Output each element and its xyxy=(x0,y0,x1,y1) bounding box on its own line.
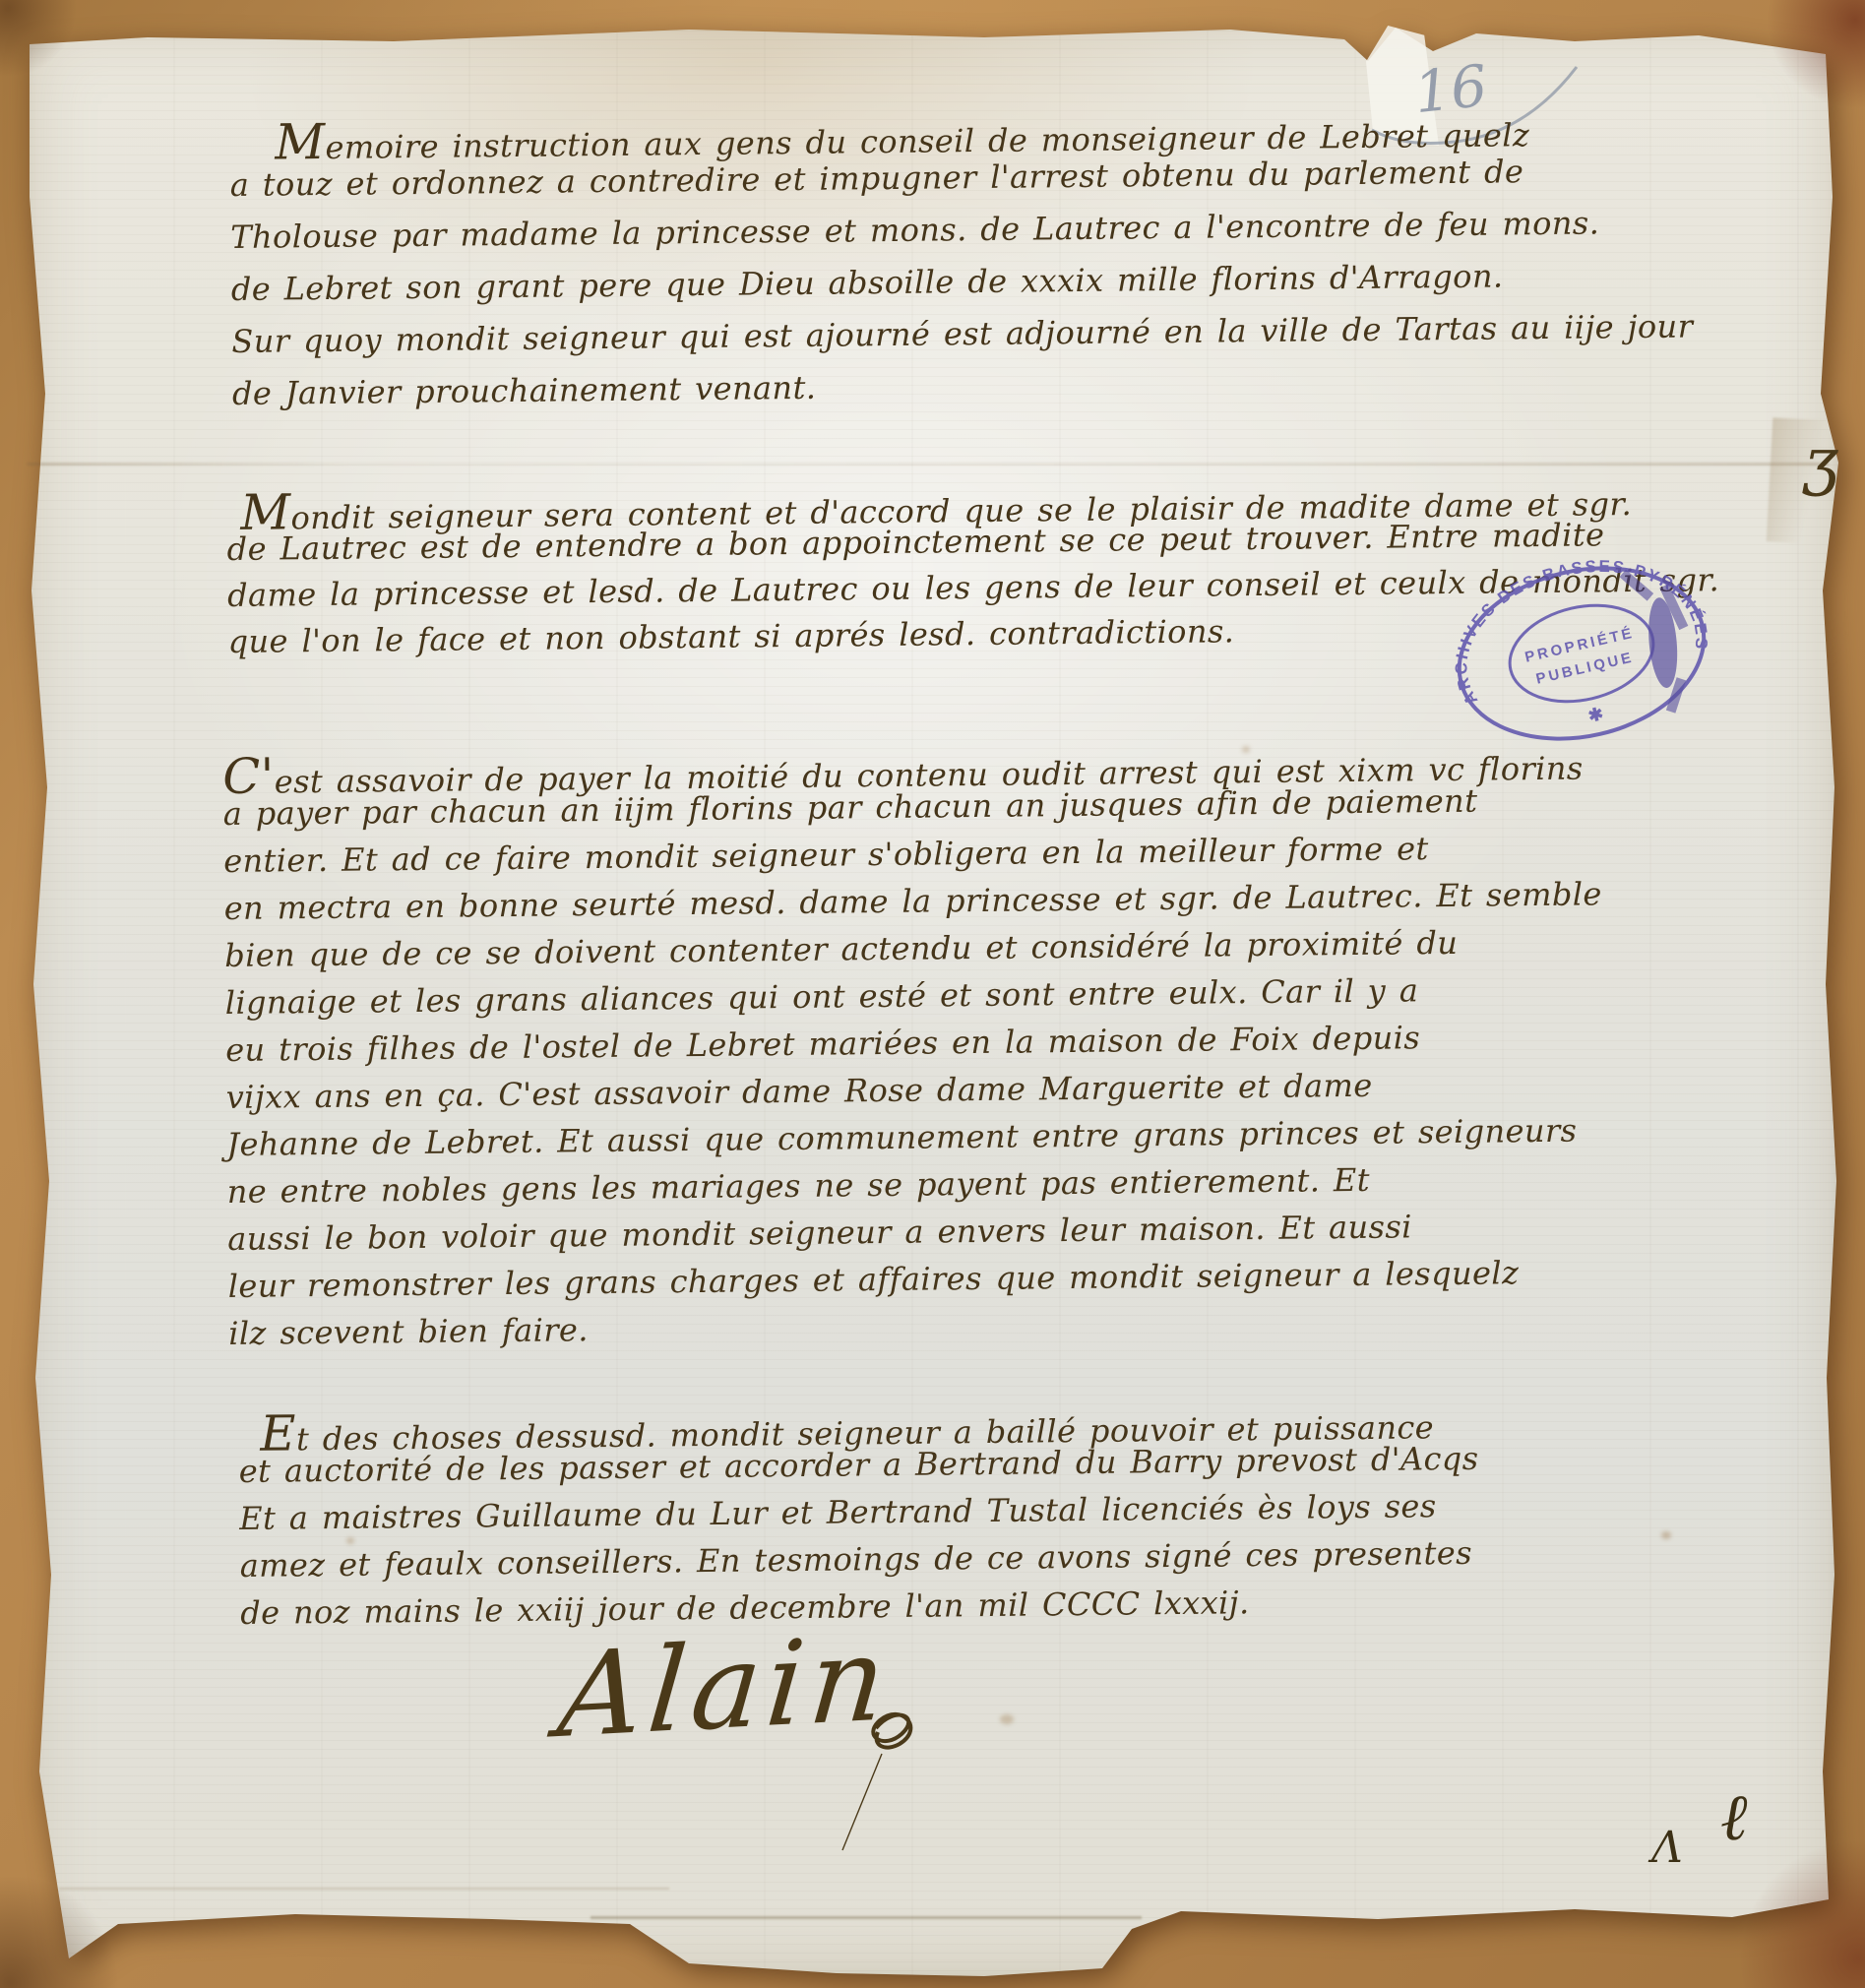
paragraph-3: C'est assavoir de payer la moitié du con… xyxy=(222,733,1607,1362)
corner-ink-mark: ℓ xyxy=(1720,1779,1748,1856)
stamp-star-icon: ✱ xyxy=(1586,704,1605,726)
margin-flourish: ʒ xyxy=(1803,425,1838,498)
corner-ink-mark: Λ xyxy=(1651,1823,1683,1873)
paragraph-4: Et des choses dessusd. mondit seigneur a… xyxy=(238,1393,1480,1642)
stamp-outer-oval xyxy=(1442,545,1720,762)
paragraph-1: Memoire instruction aux gens du conseil … xyxy=(229,98,1694,427)
signature-paraph xyxy=(839,1703,937,1870)
paraph-knot xyxy=(873,1714,910,1748)
foxing-spot xyxy=(1000,1714,1014,1724)
archive-stamp: ARCHIVES DES BASSES-PYRÉNÉES PROPRIÉTÉ P… xyxy=(1429,543,1734,770)
paraph-hairline xyxy=(842,1754,882,1850)
manuscript-photo: 16 Memoire instruction aux gens du conse… xyxy=(0,0,1865,1988)
foxing-spot xyxy=(1661,1531,1671,1539)
